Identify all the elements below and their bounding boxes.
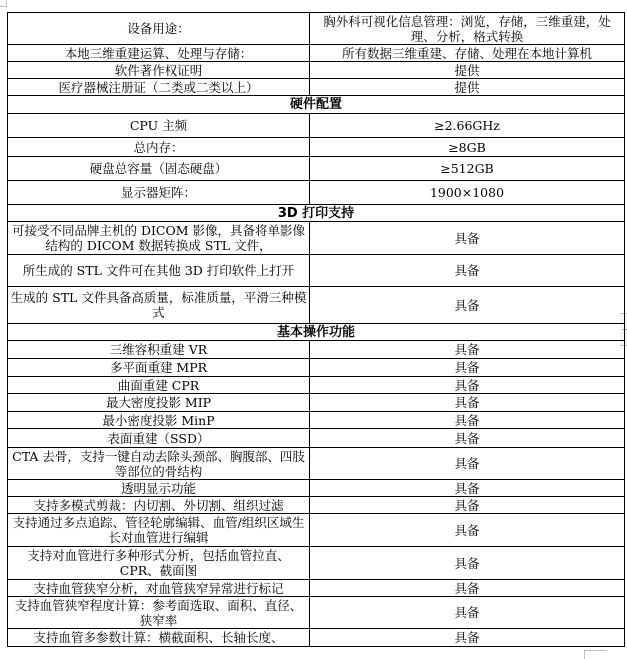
row-value: 具备 [310,480,625,497]
row-value: 胸外科可视化信息管理：浏览，存储，三维重建，处理、分析，格式转换 [310,13,625,45]
row-label: CPU 主频 [8,114,310,138]
row-value: 具备 [310,597,625,629]
row-value: 具备 [310,255,625,287]
table-row: 最小密度投影 MinP 具备 [8,412,625,429]
row-value: 具备 [310,514,625,547]
page-corner-mark-top-left [0,0,7,7]
table-row: 医疗器械注册证（二类或二类以上） 提供 [8,79,625,96]
table-row: 支持多模式剪裁：内切割、外切割、组织过滤 具备 [8,497,625,514]
row-value: 具备 [310,629,625,647]
table-row: 三维容积重建 VR 具备 [8,341,625,359]
row-value: 提供 [310,62,625,79]
row-label: 设备用途： [8,13,310,45]
table-row: 支持血管多参数计算：横截面积、长轴长度、 具备 [8,629,625,647]
table-row: 最大密度投影 MIP 具备 [8,394,625,412]
table-row: 透明显示功能 具备 [8,480,625,497]
row-label: 生成的 STL 文件具备高质量，标准质量，平滑三种模式 [8,287,310,324]
section-header-row: 3D 打印支持 [8,205,625,222]
row-label: 三维容积重建 VR [8,341,310,359]
row-label: 显示器矩阵： [8,181,310,205]
row-label: CTA 去骨，支持一键自动去除头颈部、胸腹部、四肢等部位的骨结构 [8,448,310,480]
row-label: 多平面重建 MPR [8,359,310,377]
row-label: 支持对血管进行多种形式分析，包括血管拉直、CPR、截面图 [8,547,310,580]
row-label: 医疗器械注册证（二类或二类以上） [8,79,310,96]
table-row: 所生成的 STL 文件可在其他 3D 打印软件上打开 具备 [8,255,625,287]
section-header-row: 硬件配置 [8,96,625,114]
row-label: 支持血管多参数计算：横截面积、长轴长度、 [8,629,310,647]
row-value: 具备 [310,412,625,429]
table-row: CTA 去骨，支持一键自动去除头颈部、胸腹部、四肢等部位的骨结构 具备 [8,448,625,480]
table-row: 可接受不同品牌主机的 DICOM 影像，具备将单影像结构的 DICOM 数据转换… [8,222,625,255]
row-label: 可接受不同品牌主机的 DICOM 影像，具备将单影像结构的 DICOM 数据转换… [8,222,310,255]
row-label: 本地三维重建运算、处理与存储： [8,45,310,62]
section-header-row: 基本操作功能 [8,324,625,341]
table-row: 表面重建（SSD） 具备 [8,429,625,448]
row-label: 曲面重建 CPR [8,377,310,394]
row-label: 最大密度投影 MIP [8,394,310,412]
section-title-hardware: 硬件配置 [8,96,625,114]
row-value: 1900×1080 [310,181,625,205]
row-label: 最小密度投影 MinP [8,412,310,429]
row-label: 表面重建（SSD） [8,429,310,448]
table-row: 软件著作权证明 提供 [8,62,625,79]
spec-table: 设备用途： 胸外科可视化信息管理：浏览，存储，三维重建，处理、分析，格式转换 本… [7,12,625,647]
table-row: 本地三维重建运算、处理与存储： 所有数据三维重建、存储、处理在本地计算机 [8,45,625,62]
row-value: 具备 [310,222,625,255]
table-row: 设备用途： 胸外科可视化信息管理：浏览，存储，三维重建，处理、分析，格式转换 [8,13,625,45]
row-label: 支持血管狭窄分析，对血管狭窄异常进行标记 [8,580,310,597]
table-row: 曲面重建 CPR 具备 [8,377,625,394]
row-label: 总内存： [8,138,310,157]
row-value: 具备 [310,448,625,480]
row-value: 具备 [310,394,625,412]
row-value: 具备 [310,341,625,359]
section-title-basic-operations: 基本操作功能 [8,324,625,341]
table-row: 显示器矩阵： 1900×1080 [8,181,625,205]
row-value: 具备 [310,547,625,580]
row-value: 具备 [310,287,625,324]
row-value: 提供 [310,79,625,96]
row-label: 支持通过多点追踪、管径轮廓编辑、血管/组织区域生长对血管进行编辑 [8,514,310,547]
row-value: 具备 [310,359,625,377]
row-label: 所生成的 STL 文件可在其他 3D 打印软件上打开 [8,255,310,287]
row-label: 透明显示功能 [8,480,310,497]
row-value: 具备 [310,377,625,394]
row-label: 支持多模式剪裁：内切割、外切割、组织过滤 [8,497,310,514]
row-label: 硬盘总容量（固态硬盘） [8,157,310,181]
table-row: 支持血管狭窄程度计算：参考面选取、面积、直径、狭窄率 具备 [8,597,625,629]
table-row: 支持通过多点追踪、管径轮廓编辑、血管/组织区域生长对血管进行编辑 具备 [8,514,625,547]
section-title-3d-printing: 3D 打印支持 [8,205,625,222]
row-value: 具备 [310,580,625,597]
table-row: 支持血管狭窄分析，对血管狭窄异常进行标记 具备 [8,580,625,597]
table-row: 硬盘总容量（固态硬盘） ≥512GB [8,157,625,181]
table-row: 支持对血管进行多种形式分析，包括血管拉直、CPR、截面图 具备 [8,547,625,580]
table-row: 多平面重建 MPR 具备 [8,359,625,377]
table-row: 生成的 STL 文件具备高质量，标准质量，平滑三种模式 具备 [8,287,625,324]
page-corner-mark-bottom-right [584,650,607,659]
row-value: ≥512GB [310,157,625,181]
row-value: 具备 [310,429,625,448]
row-value: 所有数据三维重建、存储、处理在本地计算机 [310,45,625,62]
table-row: CPU 主频 ≥2.66GHz [8,114,625,138]
row-label: 软件著作权证明 [8,62,310,79]
table-row: 总内存： ≥8GB [8,138,625,157]
row-value: ≥2.66GHz [310,114,625,138]
row-label: 支持血管狭窄程度计算：参考面选取、面积、直径、狭窄率 [8,597,310,629]
row-value: 具备 [310,497,625,514]
row-value: ≥8GB [310,138,625,157]
